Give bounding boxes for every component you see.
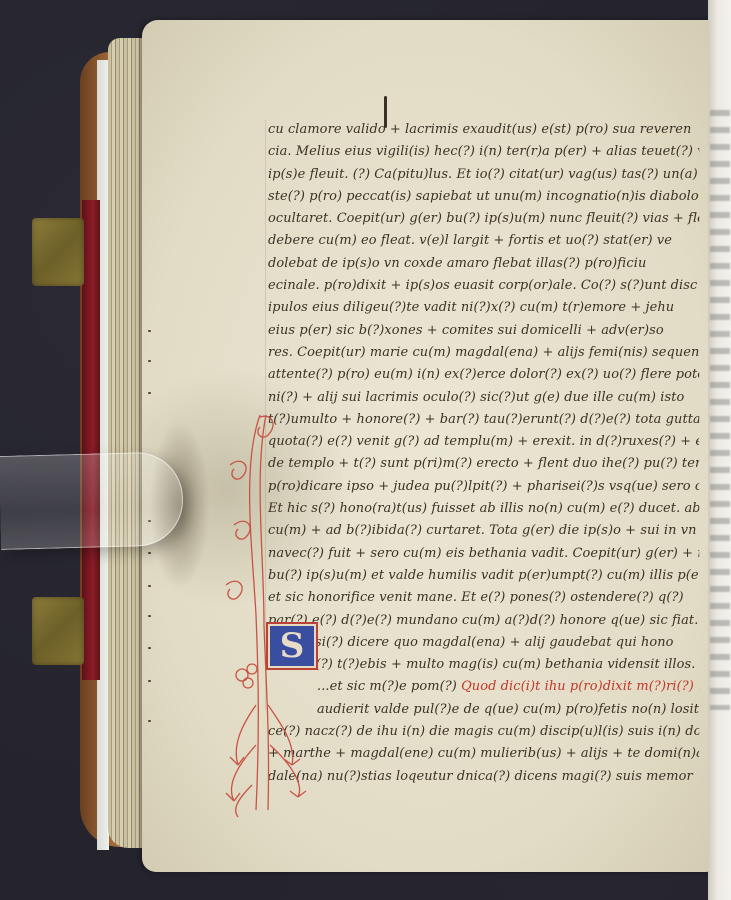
manuscript-text-block: cu clamore valido + lacrimis exaudit(us)… — [268, 119, 708, 788]
fabric-page-tab-top — [32, 218, 84, 286]
text-line: cia. Melius eius vigili(is) hec(?) i(n) … — [268, 141, 699, 163]
pricking-mark — [148, 392, 151, 394]
pricking-mark — [148, 615, 151, 617]
text-line: rabat a(?) t(?)ebis + multo mag(is) cu(m… — [268, 654, 699, 676]
text-line: ce(?) nacz(?) de ihu i(n) die magis cu(m… — [268, 721, 699, 743]
text-line: ipulos eius diligeu(?)te vadit ni(?)x(?)… — [268, 297, 699, 319]
red-binding-strip — [82, 200, 100, 680]
red-penwork-flourish — [212, 405, 322, 825]
text-line: de templo + t(?) sunt p(ri)m(?) erecto +… — [268, 453, 699, 475]
text-line: dolebat de ip(s)o vn coxde amaro flebat … — [268, 253, 699, 275]
text-line: dale(na) nu(?)stias loqeutur dnica(?) di… — [268, 766, 699, 788]
text-line: navec(?) fuit + sero cu(m) eis bethania … — [268, 543, 699, 565]
pricking-mark — [148, 330, 151, 332]
text-line: p(ro)dicare ipso + judea pu(?)lpit(?) + … — [268, 476, 699, 498]
text-line: par(?) e(?) d(?)e(?) mundano cu(m) a(?)d… — [268, 610, 699, 632]
text-line: eius p(er) sic b(?)xones + comites sui d… — [268, 320, 699, 342]
facing-page-blurred-text — [710, 110, 730, 710]
rubric-heading: Quod dic(i)t ihu p(ro)dixit m(?)ri(?) ma… — [461, 679, 699, 694]
pricking-mark — [148, 647, 151, 649]
text-line: attente(?) p(ro) eu(m) i(n) ex(?)erce do… — [268, 364, 699, 386]
text-line: audierit valde pul(?)e de q(ue) cu(m) p(… — [268, 699, 699, 721]
text-line: cu clamore valido + lacrimis exaudit(us)… — [268, 119, 699, 141]
text-line: t(?)umulto + honore(?) + bar(?) tau(?)er… — [268, 409, 699, 431]
text-line: ni(?) + alij sui lacrimis oculo(?) sic(?… — [268, 387, 699, 409]
pricking-mark — [148, 360, 151, 362]
pricking-mark — [148, 720, 151, 722]
pricking-mark — [148, 680, 151, 682]
text-line: ecinale. p(ro)dixit + ip(s)os euasit cor… — [268, 275, 699, 297]
clear-plastic-weight-strip — [0, 451, 184, 550]
text-line: cu(m) + ad b(?)ibida(?) curtaret. Tota g… — [268, 520, 699, 542]
fabric-page-tab-bottom — [32, 597, 84, 665]
text-line: quota(?) e(?) venit g(?) ad templu(m) + … — [268, 431, 699, 453]
text-line: et sic honorifice venit mane. Et e(?) po… — [268, 587, 699, 609]
text-line: ip(s)e fleuit. (?) Ca(pitu)lus. Et io(?)… — [268, 164, 699, 186]
text-line: res. Coepit(ur) marie cu(m) magdal(ena) … — [268, 342, 699, 364]
text-line-with-rubric: ...et sic m(?)e pom(?) Quod dic(i)t ihu … — [268, 676, 699, 698]
text-fragment: ...et sic m(?)e pom(?) — [317, 679, 457, 694]
text-line: ste(?) p(ro) peccat(is) sapiebat ut unu(… — [268, 186, 699, 208]
text-line: tes + osi(?) dicere quo magdal(ena) + al… — [268, 632, 699, 654]
text-line: Et hic s(?) hono(ra)t(us) fuisset ab ill… — [268, 498, 699, 520]
text-line: ocultaret. Coepit(ur) g(er) bu(?) ip(s)u… — [268, 208, 699, 230]
text-line: bu(?) ip(s)u(m) et valde humilis vadit p… — [268, 565, 699, 587]
text-line: debere cu(m) eo fleat. v(e)l largit + fo… — [268, 230, 699, 252]
text-line: + marthe + magdal(ene) cu(m) mulierib(us… — [268, 743, 699, 765]
